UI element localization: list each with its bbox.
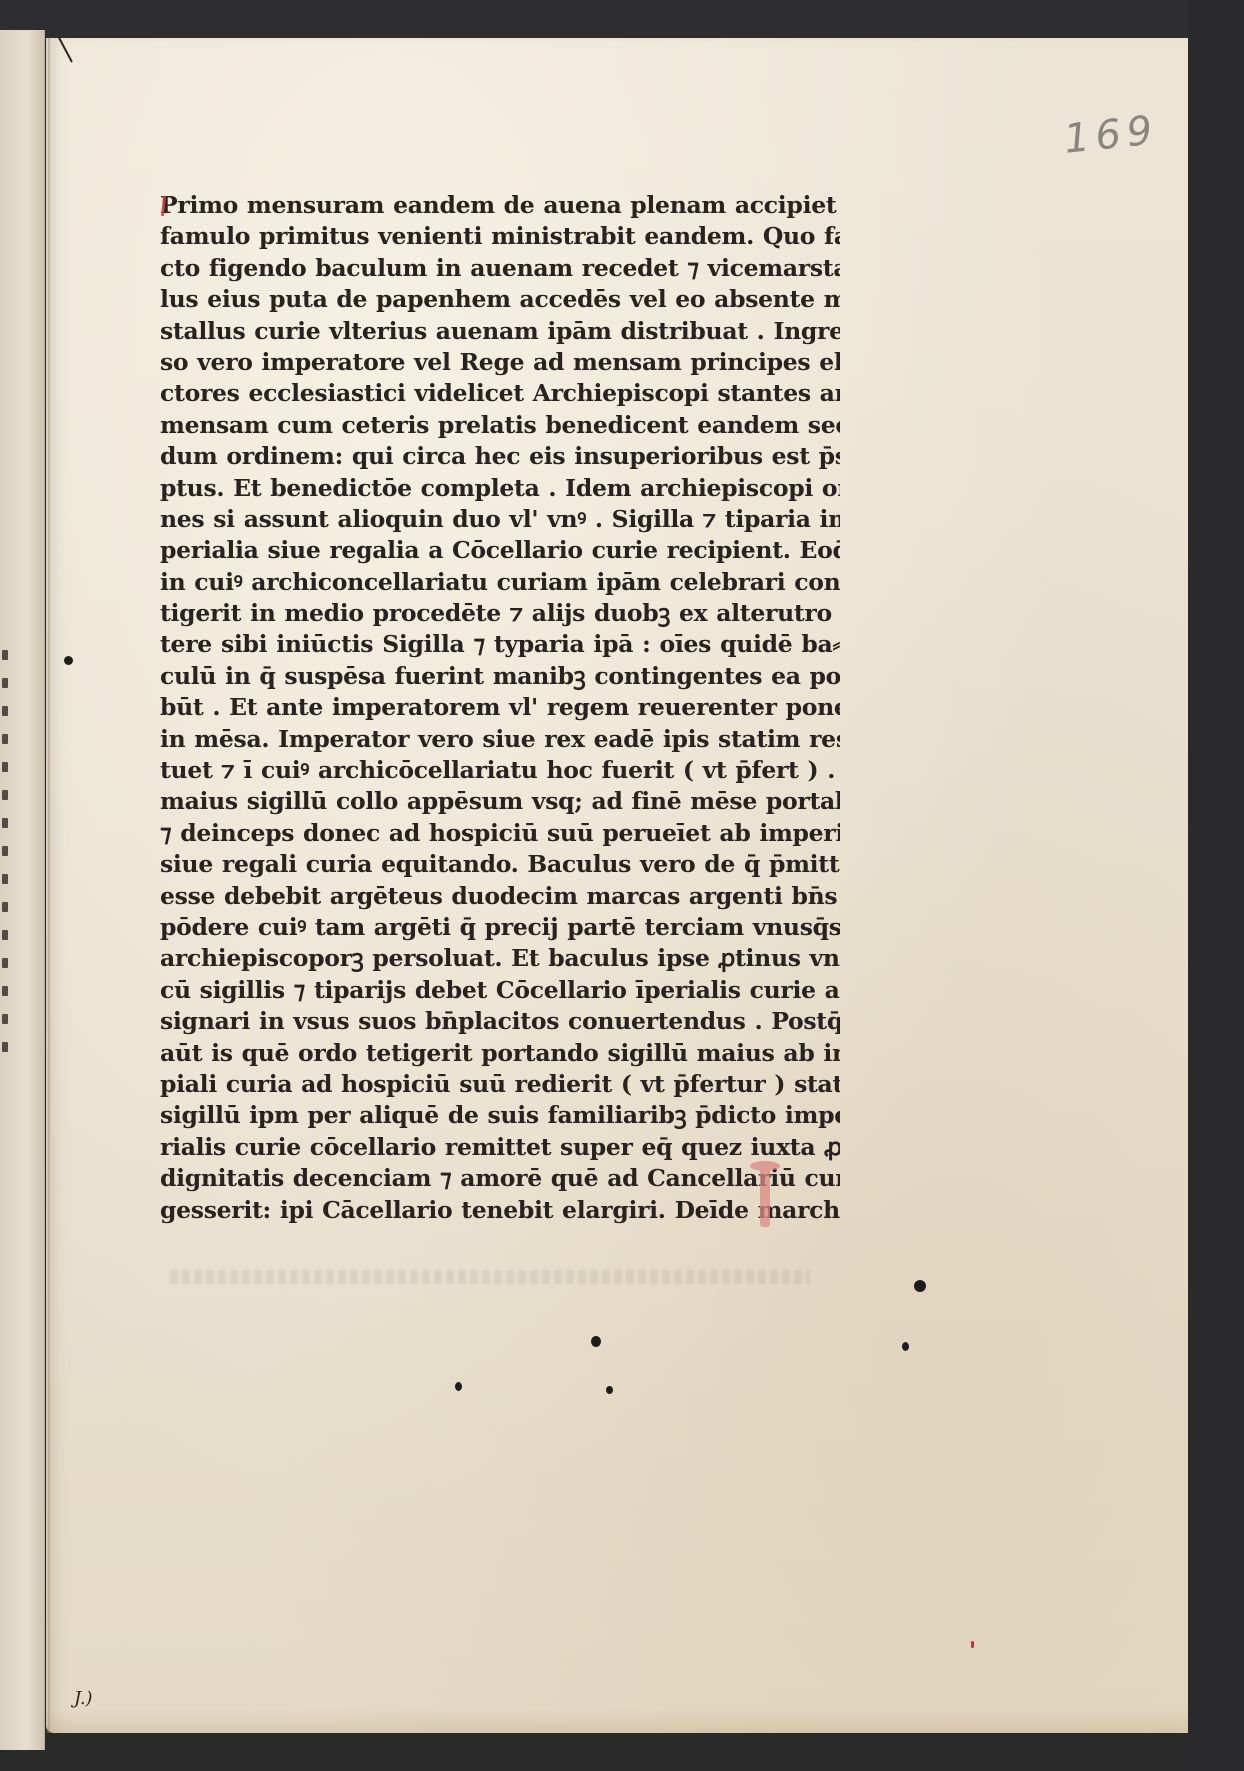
text-line: culū in q̄ suspēsa fuerint manibꝫ contin… [160,661,840,692]
wormhole-mark [455,1382,462,1391]
text-line: pōdere cuiꝰ tam argēti q̄ precij partē t… [160,912,840,943]
text-line: dum ordinem: qui circa hec eis insuperio… [160,441,840,472]
text-line: aūt is quē ordo tetigerit portando sigil… [160,1038,840,1069]
wormhole-mark [64,656,73,665]
text-line: ⁊ deinceps donec ad hospiciū suū perueīe… [160,818,840,849]
printed-text-block: Primo mensuram eandem de auena plenam ac… [160,190,840,1226]
wormhole-mark [591,1336,601,1347]
text-line: tigerit in medio procedēte ⁊ alijs duobꝫ… [160,598,840,629]
text-line: sigillū ipm per aliquē de suis familiari… [160,1100,840,1131]
text-line: lus eius puta de papenhem accedēs vel eo… [160,284,840,315]
text-line: piali curia ad hospiciū suū redierit ( v… [160,1069,840,1100]
text-line: perialia siue regalia a Cōcellario curie… [160,535,840,566]
text-line: archiepiscoporꝫ persoluat. Et baculus ip… [160,943,840,974]
scan-background-top [0,0,1244,40]
text-line: signari in vsus suos bn̄placitos conuert… [160,1006,840,1037]
text-line: esse debebit argēteus duodecim marcas ar… [160,881,840,912]
reverse-text-showthrough [170,1270,810,1284]
text-line: cū sigillis ⁊ tiparijs debet Cōcellario … [160,975,840,1006]
rubrication-mark [760,1165,770,1227]
text-line: maius sigillū collo appēsum vsq; ad finē… [160,786,840,817]
text-line: mensam cum ceteris prelatis benedicent e… [160,410,840,441]
text-line: so vero imperatore vel Rege ad mensam pr… [160,347,840,378]
wormhole-mark [914,1280,926,1292]
text-line: in cuiꝰ archiconcellariatu curiam ipām c… [160,567,840,598]
text-line: siue regali curia equitando. Baculus ver… [160,849,840,880]
text-line: dignitatis decenciam ⁊ amorē quē ad Canc… [160,1163,840,1194]
scan-background-right [1188,0,1244,1771]
verso-text-fragments [2,650,16,1070]
text-line: nes si assunt alioquin duo vl' vnꝰ . Sig… [160,504,840,535]
text-line: ctores ecclesiastici videlicet Archiepis… [160,378,840,409]
text-line: rialis curie cōcellario remittet super e… [160,1132,840,1163]
text-line: būt . Et ante imperatorem vl' regem reue… [160,692,840,723]
text-line: Primo mensuram eandem de auena plenam ac… [160,190,840,221]
text-line: tuet ⁊ ī cuiꝰ archicōcellariatu hoc fuer… [160,755,840,786]
text-line: gesserit: ipi Cācellario tenebit elargir… [160,1195,840,1226]
gutter-fold [48,38,50,1733]
bottom-margin-mark: J.) [74,1688,93,1709]
text-line: stallus curie vlterius auenam ipām distr… [160,316,840,347]
text-line: famulo primitus venienti ministrabit ean… [160,221,840,252]
text-line: cto figendo baculum in auenam recedet ⁊ … [160,253,840,284]
folio-number: 169 [1062,107,1161,163]
verso-page-edge [0,30,45,1750]
text-line: tere sibi iniūctis Sigilla ⁊ typaria ipā… [160,629,840,660]
wormhole-mark [902,1342,909,1351]
wormhole-mark [606,1386,613,1394]
text-line: in mēsa. Imperator vero siue rex eadē ip… [160,724,840,755]
text-line: ptus. Et benedictōe completa . Idem arch… [160,473,840,504]
red-ink-speck [971,1641,974,1648]
